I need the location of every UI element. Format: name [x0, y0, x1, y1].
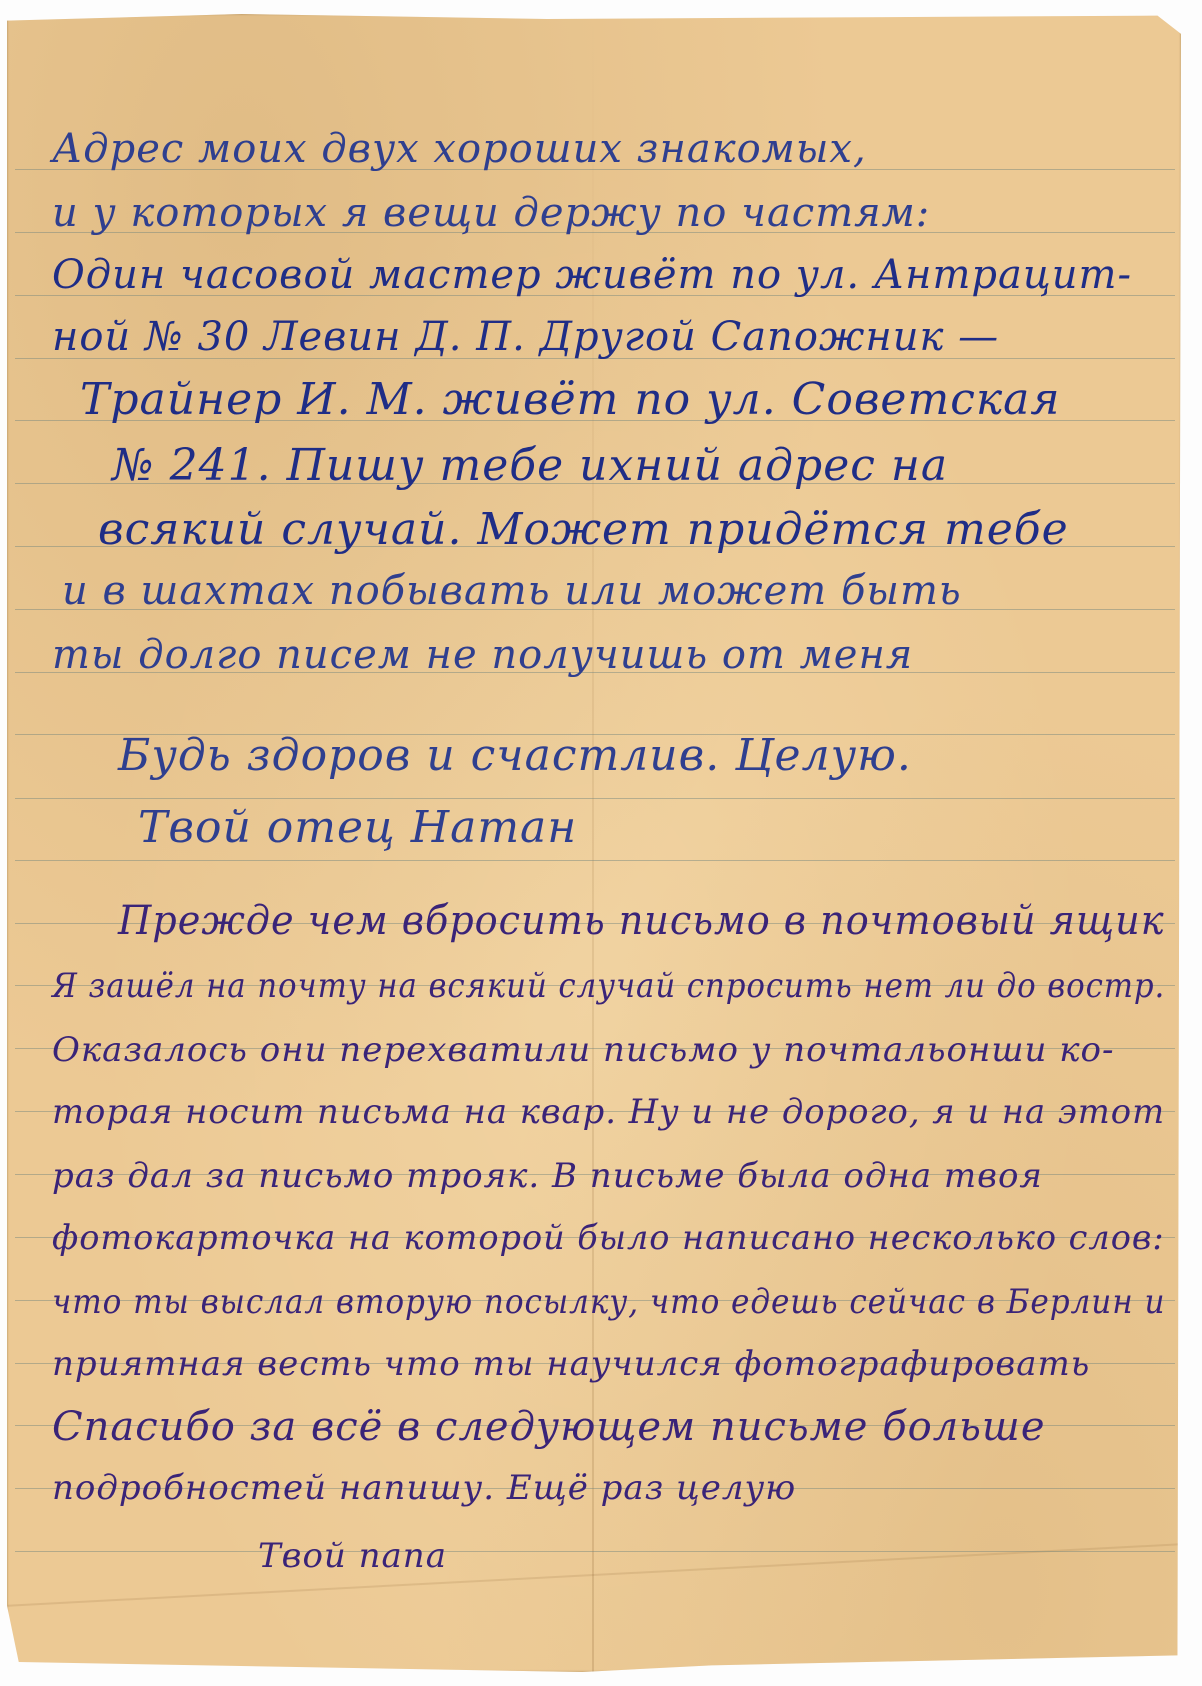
postscript-line: что ты выслал вторую посылку, что едешь … — [52, 1282, 1165, 1322]
postscript-line: Оказалось они перехватили письмо у почта… — [52, 1030, 1115, 1070]
letter-line: ной № 30 Левин Д. П. Другой Сапожник — — [52, 314, 999, 360]
postscript-line: приятная весть что ты научился фотографи… — [52, 1344, 1090, 1384]
postscript-line: фотокарточка на которой было написано не… — [52, 1218, 1165, 1258]
postscript-line: Я зашёл на почту на всякий случай спроси… — [52, 966, 1165, 1006]
postscript-line: раз дал за письмо трояк. В письме была о… — [52, 1156, 1043, 1196]
letter-signature: Твой отец Натан — [138, 802, 577, 853]
postscript-line: Прежде чем вбросить письмо в почтовый ящ… — [118, 898, 1165, 944]
letter-line: всякий случай. Может придётся тебе — [98, 504, 1069, 555]
letter-line: Адрес моих двух хороших знакомых, — [52, 126, 867, 172]
letter-line: ты долго писем не получишь от меня — [52, 632, 913, 678]
postscript-line: подробностей напишу. Ещё раз целую — [52, 1468, 796, 1508]
letter-line: Один часовой мастер живёт по ул. Антраци… — [52, 252, 1132, 298]
postscript-signature: Твой папа — [258, 1536, 447, 1576]
ruled-line — [15, 860, 1175, 861]
postscript-line: торая носит письма на квар. Ну и не доро… — [52, 1092, 1165, 1132]
letter-line: и у которых я вещи держу по частям: — [52, 190, 930, 236]
letter-line: и в шахтах побывать или может быть — [62, 568, 962, 614]
ruled-line — [15, 798, 1175, 799]
ruled-line — [15, 1551, 1175, 1552]
postscript-line: Спасибо за всё в следующем письме больше — [52, 1404, 1046, 1450]
letter-line: № 241. Пишу тебе ихний адрес на — [112, 440, 948, 491]
letter-closing: Будь здоров и счастлив. Целую. — [118, 730, 912, 781]
letter-line: Трайнер И. М. живёт по ул. Советская — [80, 374, 1060, 425]
paper-fold-horizontal — [8, 1543, 1180, 1606]
